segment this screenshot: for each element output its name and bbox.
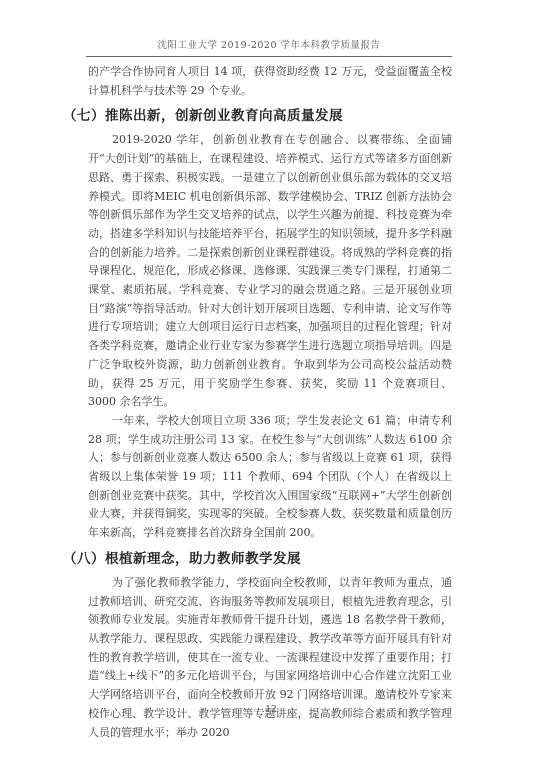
document-page: 沈阳工业大学 2019-2020 学年本科教学质量报告 的产学合作协同育人项目 … [0, 0, 542, 768]
document-body: 的产学合作协同育人项目 14 项，获得资助经费 12 万元，受益面覆盖全校计算机… [88, 63, 452, 742]
header-rule-divider [86, 56, 452, 57]
section-7-paragraph-1: 2019-2020 学年，创新创业教育在专创融合、以赛带练、全面铺开“大创计划”… [88, 131, 452, 412]
section-7-paragraph-2: 一年来，学校大创项目立项 336 项；学生发表论文 61 篇；申请专利 28 项… [88, 412, 452, 543]
running-header-title: 沈阳工业大学 2019-2020 学年本科教学质量报告 [86, 37, 452, 51]
intro-continuation-paragraph: 的产学合作协同育人项目 14 项，获得资助经费 12 万元，受益面覆盖全校计算机… [88, 63, 452, 100]
page-number: 12 [0, 705, 542, 715]
section-heading-7: （七）推陈出新，创新创业教育向高质量发展 [63, 106, 452, 126]
section-8-paragraph-1: 为了强化教师教学能力，学校面向全校教师，以青年教师为重点，通过教师培训、研究交流… [88, 574, 452, 742]
section-heading-8: （八）根植新理念，助力教师教学发展 [63, 549, 452, 569]
